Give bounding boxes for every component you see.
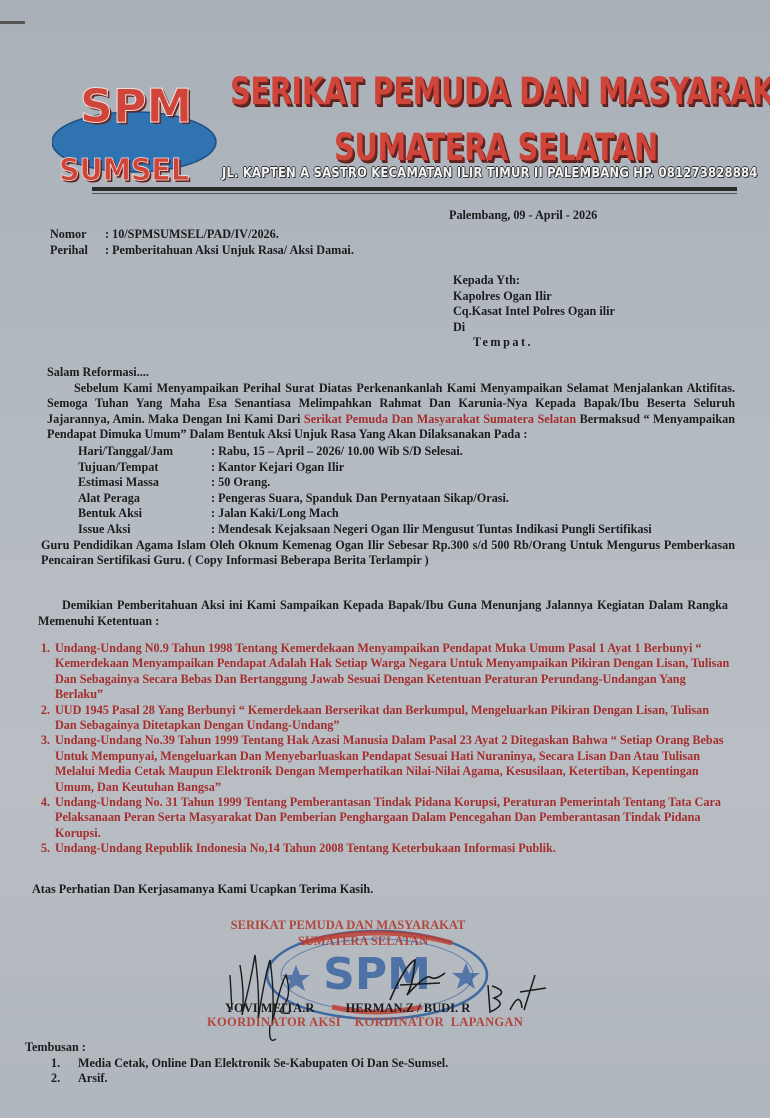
legal-basis-item: Undang-Undang No.39 Tahun 1999 Tentang H…	[53, 733, 730, 795]
legal-basis-list: Undang-Undang N0.9 Tahun 1998 Tentang Ke…	[40, 641, 730, 857]
perihal-value: : Pemberitahuan Aksi Unjuk Rasa/ Aksi Da…	[105, 243, 354, 259]
detail-label: Hari/Tanggal/Jam	[78, 444, 211, 460]
tembusan-text: Arsif.	[78, 1071, 107, 1087]
greeting: Salam Reformasi....	[47, 365, 735, 381]
recipient-line: Kapolres Ogan Ilir	[453, 289, 615, 305]
detail-value: : Kantor Kejari Ogan Ilir	[211, 460, 344, 476]
recipient-line: Cq.Kasat Intel Polres Ogan ilir	[453, 304, 615, 320]
tembusan-number: 1.	[51, 1056, 78, 1072]
spm-logo: SPM SPM SUMSEL SUMSEL	[52, 78, 222, 186]
org-mention: Serikat Pemuda Dan Masyarakat Sumatera S…	[304, 412, 576, 426]
detail-value: : 50 Orang.	[211, 475, 270, 491]
detail-row: Estimasi Massa: 50 Orang.	[78, 475, 735, 491]
nomor-label: Nomor	[50, 227, 105, 243]
signature-herman	[385, 955, 455, 1005]
legal-basis-item: Undang-Undang N0.9 Tahun 1998 Tentang Ke…	[53, 641, 730, 703]
legal-basis-item: UUD 1945 Pasal 28 Yang Berbunyi “ Kemerd…	[53, 703, 730, 734]
tembusan-label: Tembusan :	[25, 1040, 448, 1056]
tembusan-text: Media Cetak, Online Dan Elektronik Se-Ka…	[78, 1056, 448, 1072]
nomor-row: Nomor : 10/SPMSUMSEL/PAD/IV/2026.	[50, 227, 354, 243]
perihal-label: Perihal	[50, 243, 105, 259]
letterhead-rule	[92, 187, 737, 191]
opening-paragraph: Sebelum Kami Menyampaikan Perihal Surat …	[47, 381, 735, 443]
detail-value: : Rabu, 15 – April – 2026/ 10.00 Wib S/D…	[211, 444, 463, 460]
svg-text:SPM: SPM	[80, 79, 193, 133]
recipient-line: Kepada Yth:	[453, 273, 615, 289]
signatory-names: YOVI MEITA.R HERMAN.Z / BUDI. R	[225, 1000, 470, 1016]
detail-row: Alat Peraga: Pengeras Suara, Spanduk Dan…	[78, 491, 735, 507]
letter-body: Salam Reformasi.... Sebelum Kami Menyamp…	[47, 365, 735, 569]
tembusan-item: 2.Arsif.	[51, 1071, 448, 1087]
recipient-line: Di	[453, 320, 615, 336]
tembusan-list: 1.Media Cetak, Online Dan Elektronik Se-…	[51, 1056, 448, 1087]
org-address: JL. KAPTEN A SASTRO KECAMATAN ILIR TIMUR…	[222, 165, 757, 181]
signature-budi	[480, 970, 550, 1020]
detail-value: : Jalan Kaki/Long Mach	[211, 506, 339, 522]
letterhead-rule-thin	[92, 193, 737, 194]
action-details: Hari/Tanggal/Jam: Rabu, 15 – April – 202…	[78, 444, 735, 538]
detail-row: Bentuk Aksi: Jalan Kaki/Long Mach	[78, 506, 735, 522]
detail-label: Alat Peraga	[78, 491, 211, 507]
perihal-row: Perihal : Pemberitahuan Aksi Unjuk Rasa/…	[50, 243, 354, 259]
detail-row: Tujuan/Tempat: Kantor Kejari Ogan Ilir	[78, 460, 735, 476]
org-name-line2: SUMATERA SELATAN	[334, 126, 658, 169]
closing-intro: Demikian Pemberitahuan Aksi ini Kami Sam…	[38, 598, 728, 629]
place-date: Palembang, 09 - April - 2026	[449, 208, 597, 224]
nomor-value: : 10/SPMSUMSEL/PAD/IV/2026.	[105, 227, 279, 243]
issue-continuation: Guru Pendidikan Agama Islam Oleh Oknum K…	[41, 538, 735, 569]
legal-basis-item: Undang-Undang No. 31 Tahun 1999 Tentang …	[53, 795, 730, 841]
tembusan-item: 1.Media Cetak, Online Dan Elektronik Se-…	[51, 1056, 448, 1072]
detail-row: Hari/Tanggal/Jam: Rabu, 15 – April – 202…	[78, 444, 735, 460]
recipient-block: Kepada Yth: Kapolres Ogan Ilir Cq.Kasat …	[453, 273, 615, 351]
detail-value: : Pengeras Suara, Spanduk Dan Pernyataan…	[211, 491, 509, 507]
signatory-roles: KOORDINATOR AKSI KORDINATOR LAPANGAN	[207, 1015, 523, 1030]
tembusan-block: Tembusan : 1.Media Cetak, Online Dan Ele…	[25, 1040, 448, 1087]
scan-edge-mark	[0, 21, 25, 24]
detail-value: : Mendesak Kejaksaan Negeri Ogan Ilir Me…	[211, 522, 652, 538]
recipient-place: Tempat.	[453, 335, 615, 351]
svg-text:SUMSEL: SUMSEL	[59, 153, 189, 186]
legal-basis-item: Undang-Undang Republik Indonesia No,14 T…	[53, 841, 730, 856]
org-name-line1: SERIKAT PEMUDA DAN MASYARAKAT	[230, 70, 770, 113]
detail-label: Issue Aksi	[78, 522, 211, 538]
detail-label: Estimasi Massa	[78, 475, 211, 491]
detail-label: Bentuk Aksi	[78, 506, 211, 522]
tembusan-number: 2.	[51, 1071, 78, 1087]
letter-meta: Nomor : 10/SPMSUMSEL/PAD/IV/2026. Periha…	[50, 227, 354, 258]
detail-label: Tujuan/Tempat	[78, 460, 211, 476]
thanks-line: Atas Perhatian Dan Kerjasamanya Kami Uca…	[32, 882, 373, 898]
detail-row: Issue Aksi: Mendesak Kejaksaan Negeri Og…	[78, 522, 735, 538]
